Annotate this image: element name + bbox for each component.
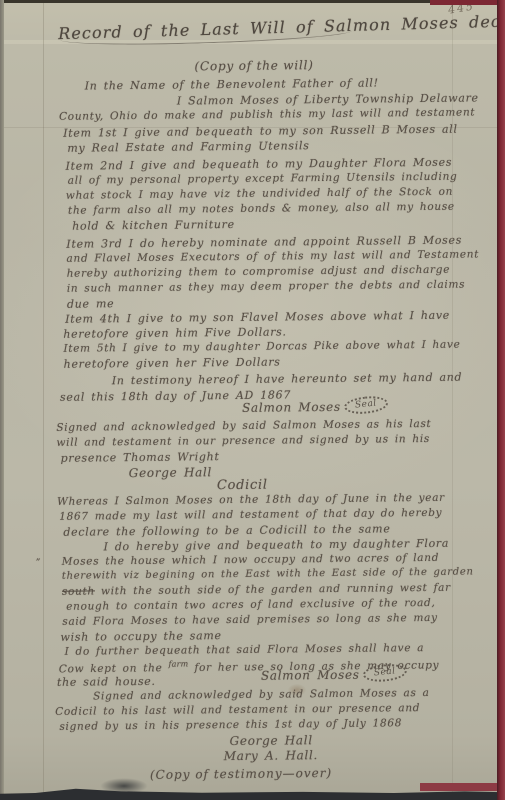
manuscript-line: said Flora Moses to have said premises s…	[62, 612, 437, 628]
seal-stamp: Seal	[343, 394, 388, 415]
manuscript-line: signed by us in his presence this 1st da…	[59, 717, 402, 733]
manuscript-line: due me	[67, 297, 114, 310]
manuscript-line: I do further bequeath that said Flora Mo…	[65, 642, 425, 658]
manuscript-line: heretofore given her Five Dollars	[64, 355, 281, 370]
manuscript-line: Salmon Moses	[242, 400, 341, 415]
manuscript-line: George Hall	[129, 465, 212, 480]
manuscript-line: I Salmon Moses of Liberty Township Delaw…	[177, 91, 479, 107]
manuscript-line: Item 1st I give and bequeath to my son R…	[63, 123, 458, 140]
book-cover-top-corner	[430, 0, 505, 5]
manuscript-line: In the Name of the Benevolent Father of …	[85, 76, 379, 92]
manuscript-line: the said house.	[57, 675, 156, 689]
manuscript-line: Codicil to his last will and testament i…	[55, 702, 420, 718]
manuscript-line: my Real Estate and Farming Utensils	[67, 139, 309, 155]
manuscript-line: heretofore given him Five Dollars.	[63, 325, 286, 340]
manuscript-line: Signed and acknowledged by said Salmon M…	[93, 687, 430, 703]
margin-mark: ”	[36, 558, 41, 568]
manuscript-body: 445 Record of the Last Will of Salmon Mo…	[0, 0, 505, 800]
manuscript-line: and Flavel Moses Executors of of this my…	[66, 248, 479, 264]
book-cover-right-edge	[497, 0, 505, 800]
footer-note: (Copy of testimony—over)	[150, 766, 332, 782]
manuscript-line: wish to occupy the same	[60, 629, 221, 644]
manuscript-line: declare the following to be a Codicill t…	[63, 522, 390, 538]
manuscript-line: what stock I may have viz the undivided …	[66, 186, 453, 202]
page-edge-left	[0, 0, 4, 800]
manuscript-line: Item 5th I give to my daughter Dorcas Pi…	[63, 339, 460, 355]
manuscript-line: Item 4th I give to my son Flavel Moses a…	[65, 309, 450, 326]
manuscript-line: in such manner as they may deem proper t…	[67, 279, 465, 295]
manuscript-line: County, Ohio do make and publish this my…	[59, 106, 475, 122]
manuscript-line: Item 2nd I give and bequeath to my Daugh…	[65, 156, 452, 173]
manuscript-line: the farm also all my notes bonds & money…	[68, 201, 455, 217]
manuscript-line: presence Thomas Wright	[61, 450, 220, 465]
manuscript-line: hereby authorizing them to compromise ad…	[67, 264, 451, 280]
ledger-page-scan: 445 Record of the Last Will of Salmon Mo…	[0, 0, 505, 800]
copy-of-will-label: (Copy of the will)	[194, 58, 313, 73]
manuscript-line: hold & kitchen Furniture	[72, 218, 235, 233]
manuscript-line: enough to contain two acres of land excl…	[66, 597, 435, 613]
manuscript-line: Whereas I Salmon Moses on the 18th day o…	[57, 492, 445, 508]
manuscript-line: therewith viz begining on the East with …	[62, 566, 474, 581]
manuscript-line: In testimony hereof I have hereunto set …	[112, 371, 463, 388]
manuscript-line: Mary A. Hall.	[224, 748, 318, 763]
manuscript-line: I do hereby give and bequeath to my daug…	[103, 537, 449, 554]
manuscript-line: Signed and acknowledged by said Salmon M…	[56, 418, 431, 434]
manuscript-line: George Hall	[230, 733, 313, 748]
manuscript-line: 1867 made my last will and testament of …	[59, 507, 442, 523]
manuscript-line: all of my personal property except Farmi…	[68, 171, 458, 187]
manuscript-line: south with the south side of the garden …	[62, 582, 451, 598]
manuscript-line: Salmon Moses	[261, 668, 360, 683]
manuscript-line: Codicil	[217, 478, 268, 494]
book-cover-bottom-corner	[420, 783, 497, 791]
manuscript-line: will and testament in our presence and s…	[56, 433, 430, 449]
manuscript-line: Item 3rd I do hereby nominate and appoin…	[66, 234, 462, 251]
manuscript-line: Moses the house which I now occupy and t…	[62, 552, 440, 568]
